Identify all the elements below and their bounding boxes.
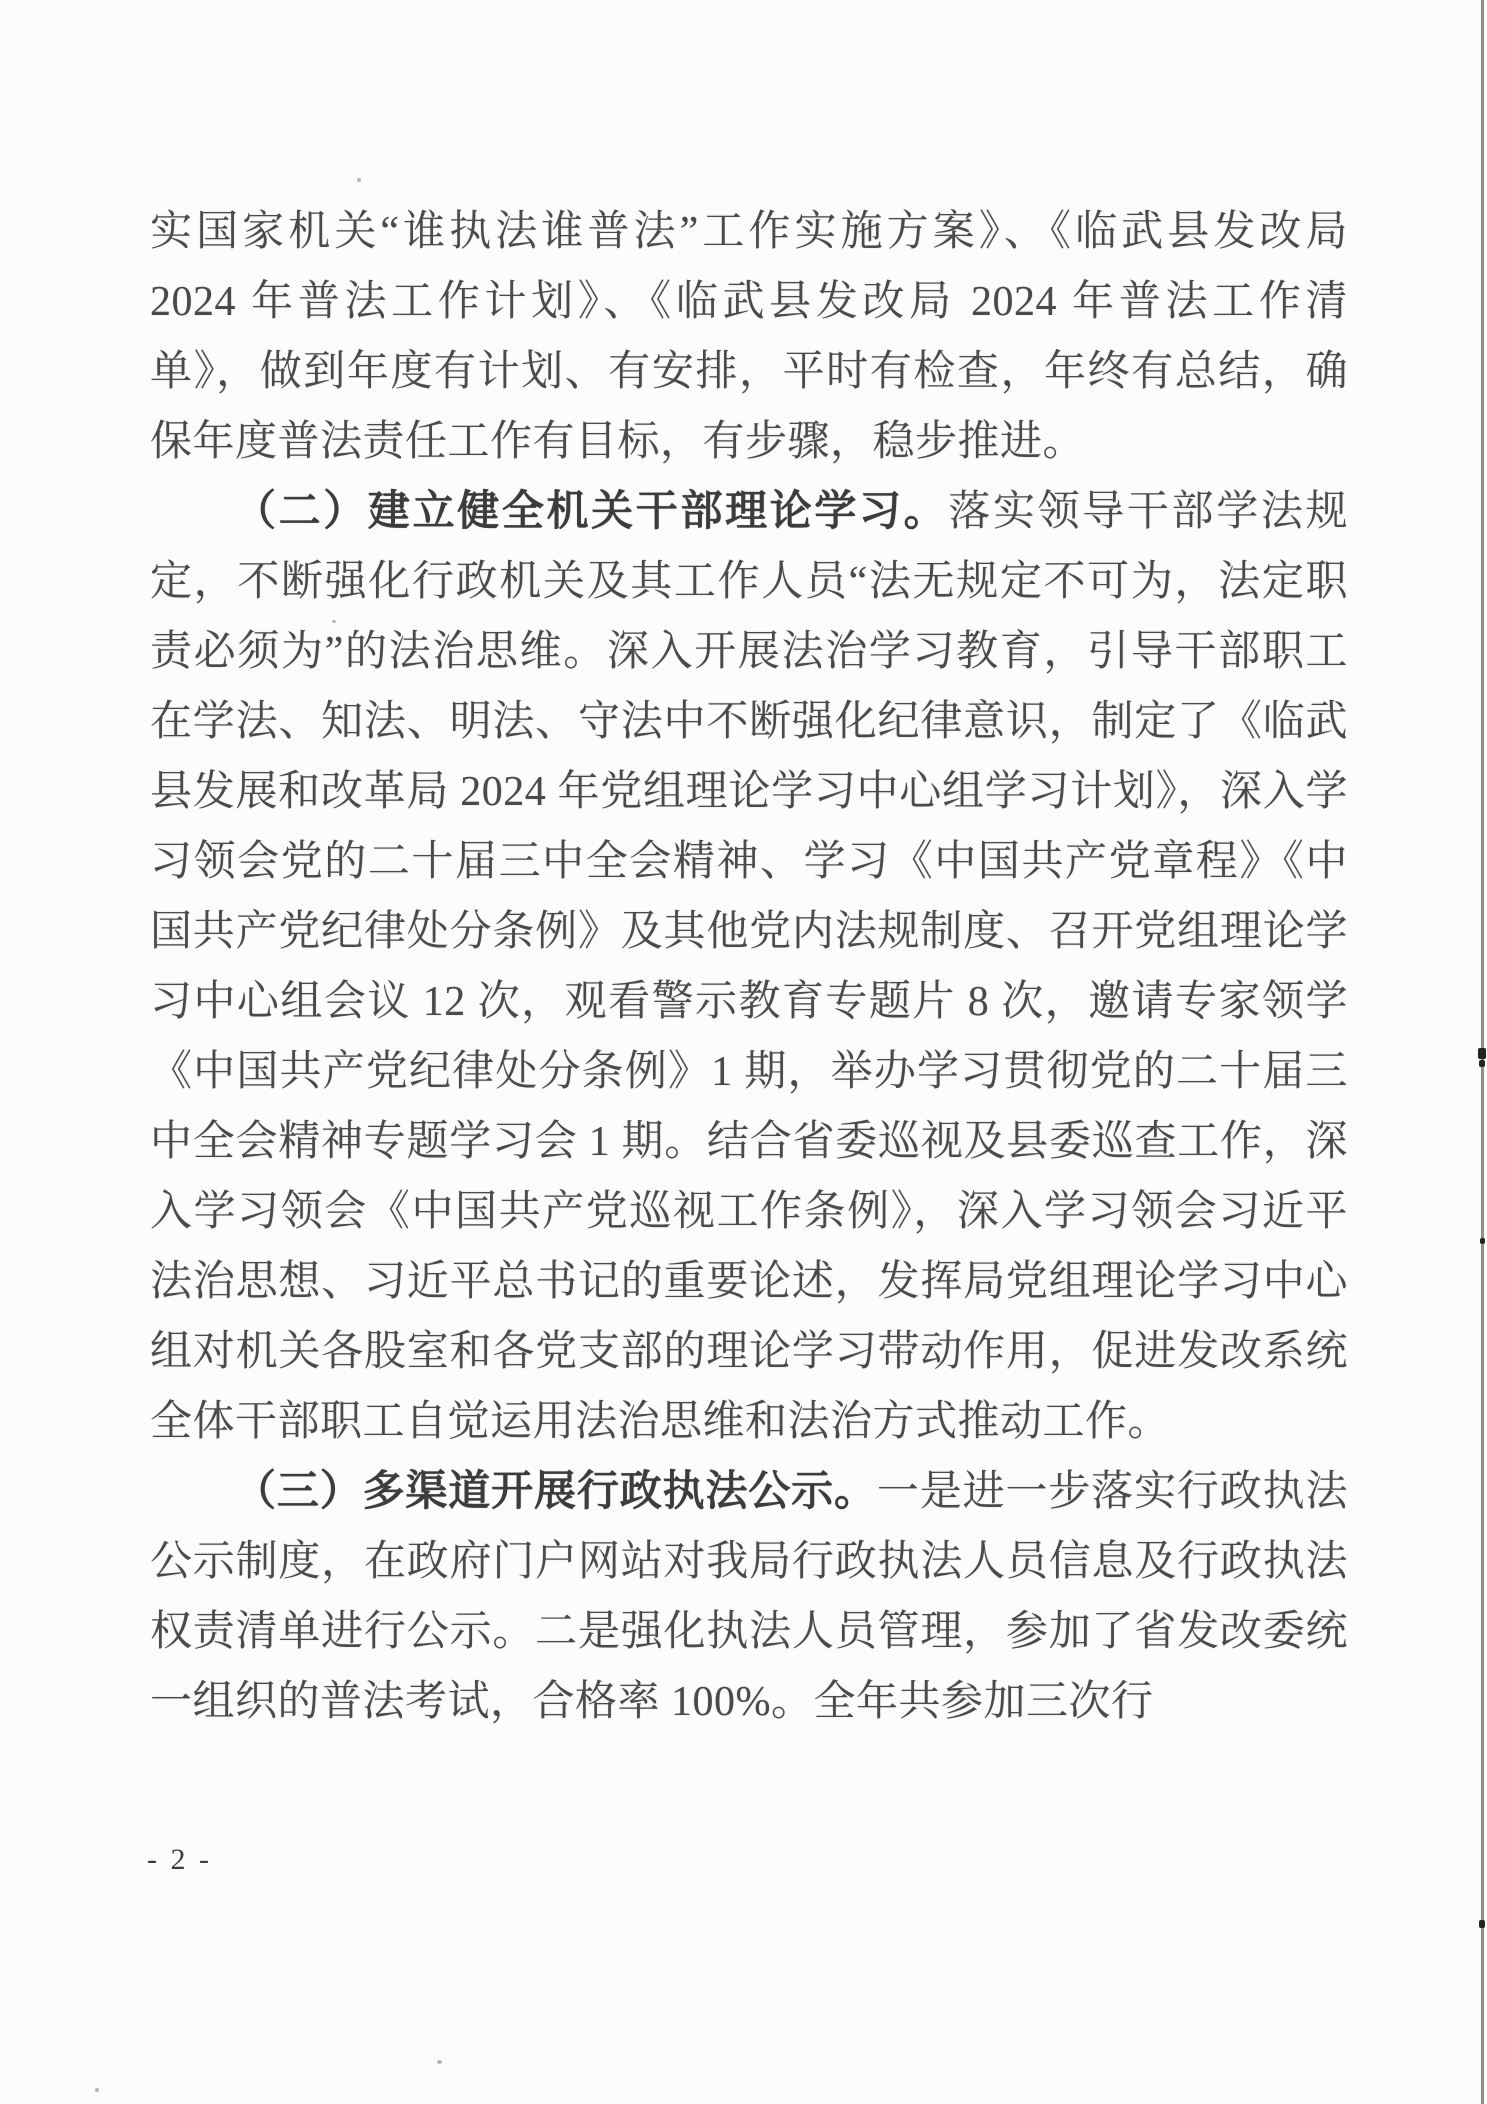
paragraph-text: 实国家机关“谁执法谁普法”工作实施方案》、《临武县发改局 2024 年普法工作计…	[150, 209, 1348, 465]
section-heading: （三）多渠道开展行政执法公示。	[234, 1469, 877, 1515]
paragraph-text: 落实领导干部学法规定，不断强化行政机关及其工作人员“法无规定不可为，法定职责必须…	[150, 489, 1348, 1445]
scanned-document-page: 实国家机关“谁执法谁普法”工作实施方案》、《临武县发改局 2024 年普法工作计…	[0, 0, 1487, 2104]
scan-speck	[357, 178, 361, 182]
scan-blob	[1480, 1238, 1485, 1244]
section-heading: （二）建立健全机关干部理论学习。	[234, 489, 948, 535]
scan-speck	[437, 2060, 442, 2064]
scan-blob	[1479, 1060, 1485, 1067]
document-body: 实国家机关“谁执法谁普法”工作实施方案》、《临武县发改局 2024 年普法工作计…	[150, 197, 1348, 1737]
scan-speck	[332, 620, 336, 623]
scan-blob	[1479, 1920, 1485, 1928]
paragraph-section-3: （三）多渠道开展行政执法公示。一是进一步落实行政执法公示制度，在政府门户网站对我…	[150, 1457, 1348, 1737]
paragraph-continuation: 实国家机关“谁执法谁普法”工作实施方案》、《临武县发改局 2024 年普法工作计…	[150, 197, 1348, 477]
paragraph-section-2: （二）建立健全机关干部理论学习。落实领导干部学法规定，不断强化行政机关及其工作人…	[150, 477, 1348, 1457]
scan-speck	[95, 2088, 99, 2092]
scan-blob	[1478, 1048, 1486, 1059]
page-number: - 2 -	[147, 1843, 212, 1877]
